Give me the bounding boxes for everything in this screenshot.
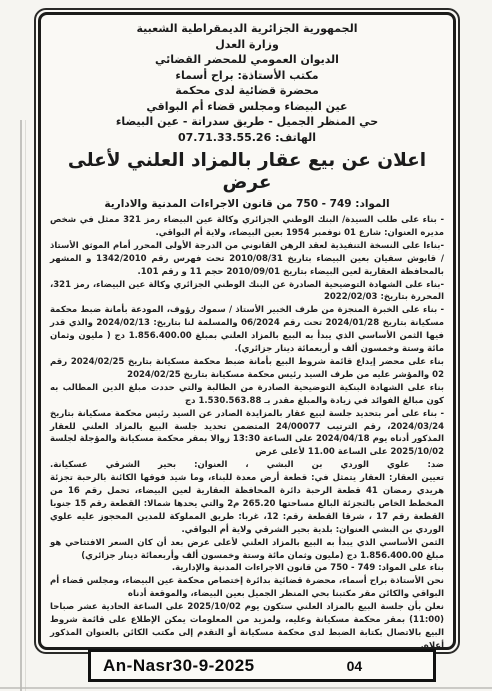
- body-paragraph: - بناء على الخبرة المنجزة من طرف الخبير …: [50, 304, 444, 356]
- scanned-newspaper-notice: { "document": { "header_lines": [ "الجمه…: [0, 0, 492, 691]
- document-content: الجمهورية الجزائرية الديمقراطية الشعبية …: [38, 12, 456, 650]
- body-paragraph: بناء على محضر إيداع قائمة شروط البيع بأم…: [50, 356, 444, 382]
- header-block: الجمهورية الجزائرية الديمقراطية الشعبية …: [50, 21, 444, 145]
- legal-reference: المواد: 749 - 750 من قانون الاجراءات الم…: [50, 198, 444, 211]
- body-paragraph: الثمن الأساسي الذي يبدأ به البيع بالمزاد…: [50, 537, 444, 563]
- header-line-phone: الهاتف: 07.71.33.55.26: [50, 130, 444, 146]
- body-paragraph: -بناءا على النسخة التنفيذية لعقد الرهن ا…: [50, 240, 444, 279]
- announcement-title: اعلان عن بيع عقار بالمزاد العلني لأعلى ع…: [50, 150, 444, 194]
- footer-date: 30-9-2025: [173, 656, 255, 675]
- header-line-office: الديوان العمومي للمحضر القضائي: [50, 52, 444, 68]
- body-paragraph: نحن الأستاذة براح أسماء، محضرة قضائية بد…: [50, 575, 444, 601]
- footer-source: An-Nasr: [103, 656, 173, 675]
- page-background: الجمهورية الجزائرية الديمقراطية الشعبية …: [0, 0, 492, 691]
- header-line-ministry: وزارة العدل: [50, 37, 444, 53]
- footer-box: An-Nasr30-9-2025 04: [88, 649, 436, 682]
- body-paragraph: بناء على الشهادة البنكية التوضيحية الصاد…: [50, 382, 444, 408]
- header-line-court-1: محضرة قضائية لدى محكمة: [50, 83, 444, 99]
- header-line-republic: الجمهورية الجزائرية الديمقراطية الشعبية: [50, 21, 444, 37]
- scan-bottom-artifact: [0, 687, 492, 689]
- body-paragraph: - بناء على طلب السيدة/ البنك الوطني الجز…: [50, 214, 444, 240]
- body-paragraph: - بناء على أمر بتحديد جلسة لبيع عقار بال…: [50, 408, 444, 460]
- document-frame: الجمهورية الجزائرية الديمقراطية الشعبية …: [34, 8, 460, 654]
- scan-edge-artifact: [20, 120, 26, 691]
- body-paragraph: -بناء على الشهادة التوضيحية الصادرة عن ا…: [50, 279, 444, 305]
- footer-source-date: An-Nasr30-9-2025: [103, 656, 255, 676]
- body-paragraph: تعيين العقار: العقار يتمثل في: قطعة أرض …: [50, 472, 444, 537]
- body-paragraph: بناء على المواد: 749 - 750 من قانون الاج…: [50, 562, 444, 575]
- footer-page-number: 04: [347, 658, 363, 674]
- body-paragraph-defendant: ضد: علوي الوردي بن البشي ، العنوان: بحير…: [50, 459, 444, 472]
- body-text: - بناء على طلب السيدة/ البنك الوطني الجز…: [50, 214, 444, 650]
- header-line-court-2: عين البيضاء ومجلس قضاء أم البواقي: [50, 99, 444, 115]
- header-line-bailiff-name: مكتب الأستاذة: براح أسماء: [50, 68, 444, 84]
- header-line-address: حي المنظر الجميل - طريق سدراتة - عين الب…: [50, 114, 444, 130]
- body-paragraph: نعلن بأن جلسة البيع بالمزاد العلني ستكون…: [50, 601, 444, 650]
